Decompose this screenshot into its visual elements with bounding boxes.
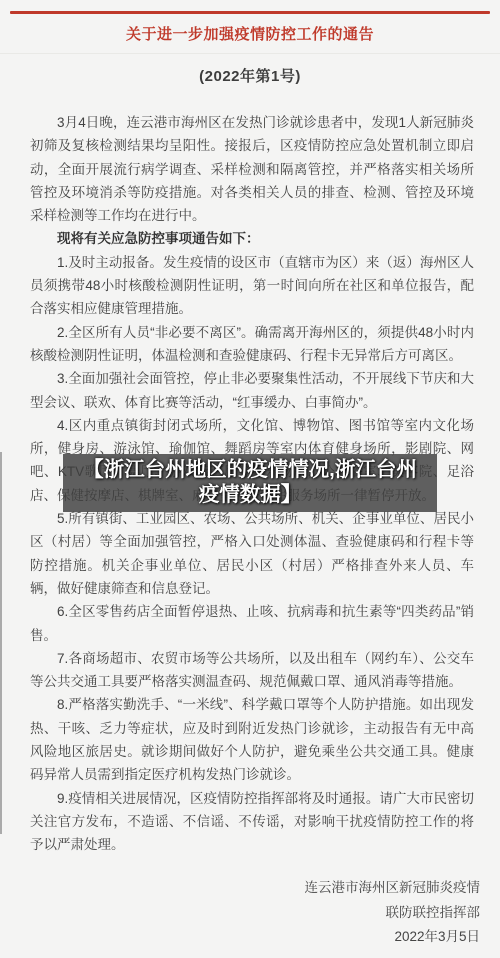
signature-org-line1: 连云港市海州区新冠肺炎疫情 — [305, 876, 481, 901]
notice-item-5: 5.所有镇街、工业园区、农场、公共场所、机关、企事业单位、居民小区（村居）等全面… — [30, 507, 474, 600]
header-divider — [0, 53, 500, 54]
signature-date: 2022年3月5日 — [305, 925, 481, 950]
notice-item-2: 2.全区所有人员“非必要不离区”。确需离开海州区的，须提供48小时内核酸检测阴性… — [30, 321, 474, 368]
notice-item-8: 8.严格落实勤洗手、“一米线”、科学戴口罩等个人防护措施。如出现发热、干咳、乏力… — [30, 693, 474, 786]
notice-item-9: 9.疫情相关进展情况，区疫情防控指挥部将及时通报。请广大市民密切关注官方发布，不… — [30, 787, 474, 857]
issue-number: (2022年第1号) — [0, 65, 500, 86]
signature-block: 连云港市海州区新冠肺炎疫情 联防联控指挥部 2022年3月5日 — [305, 876, 481, 950]
signature-org-line2: 联防联控指挥部 — [305, 901, 481, 926]
intro-paragraph: 3月4日晚，连云港市海州区在发热门诊就诊患者中，发现1人新冠肺炎初筛及复核检测结… — [30, 111, 474, 227]
notice-item-3: 3.全面加强社会面管控，停止非必要聚集性活动，不开展线下节庆和大型会议、联欢、体… — [30, 367, 474, 414]
header-red-rule — [10, 11, 490, 14]
notice-item-1: 1.及时主动报备。发生疫情的设区市（直辖市为区）来（返）海州区人员须携带48小时… — [30, 251, 474, 321]
page-title: 关于进一步加强疫情防控工作的通告 — [0, 23, 500, 44]
notice-document-page: 关于进一步加强疫情防控工作的通告 (2022年第1号) 3月4日晚，连云港市海州… — [0, 0, 500, 958]
notice-item-6: 6.全区零售药店全面暂停退热、止咳、抗病毒和抗生素等“四类药品”销售。 — [30, 600, 474, 647]
left-edge-artifact — [0, 452, 2, 834]
notice-item-7: 7.各商场超市、农贸市场等公共场所，以及出租车（网约车）、公交车等公共交通工具要… — [30, 647, 474, 694]
notice-heading: 现将有关应急防控事项通告如下： — [30, 227, 474, 250]
watermark-overlay: 【浙江台州地区的疫情情况,浙江台州疫情数据】 — [63, 454, 437, 512]
